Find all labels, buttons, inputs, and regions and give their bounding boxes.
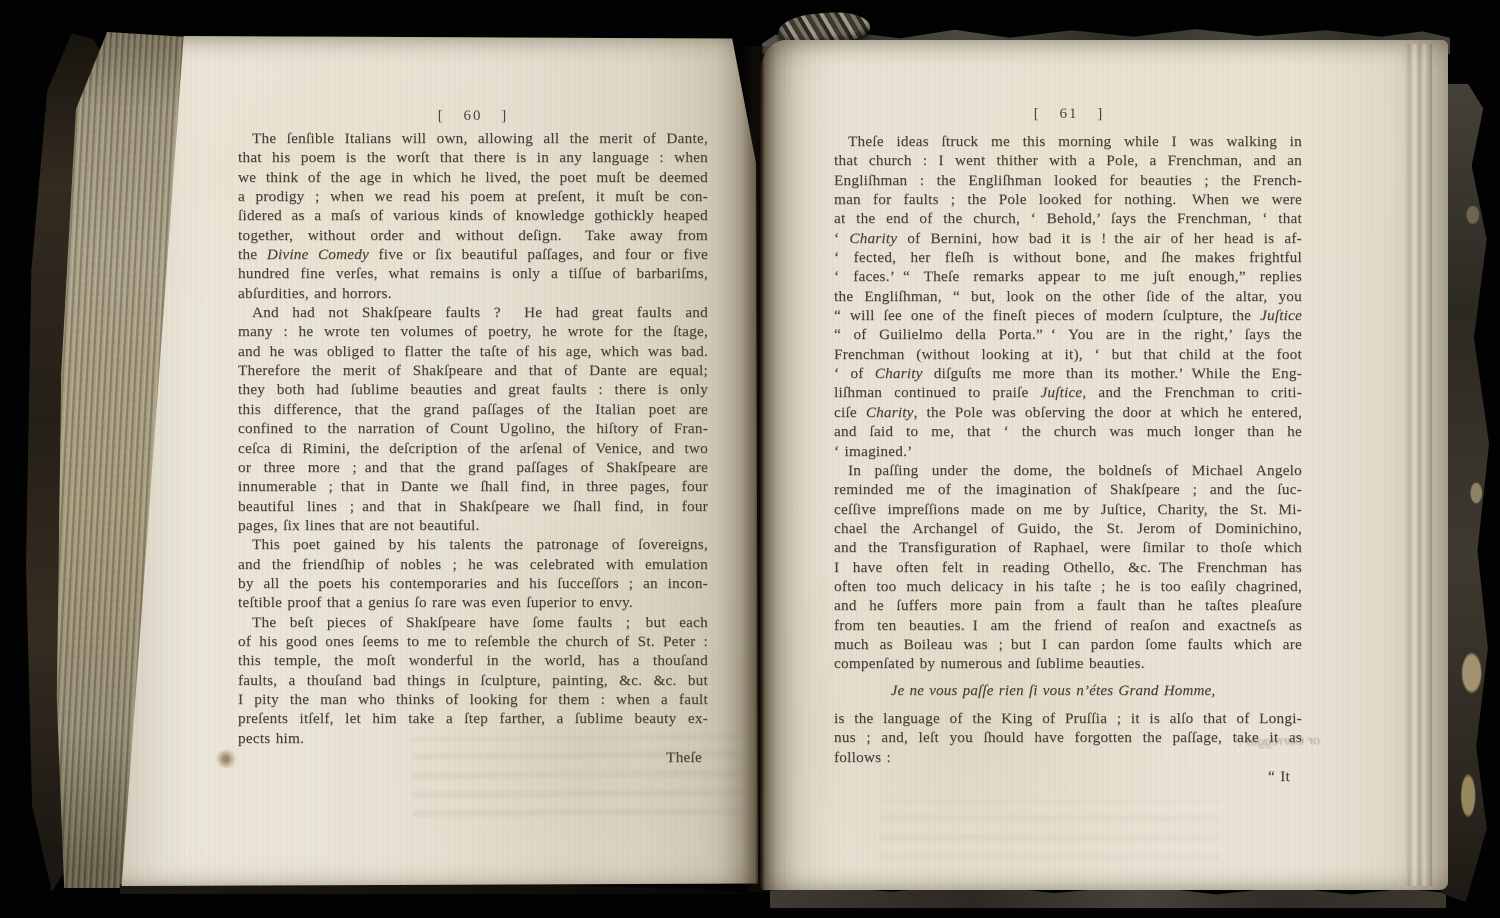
text-line: In paſſing under the dome, the boldneſs … (834, 461, 1302, 480)
text-line: we think of the age in which he lived, t… (238, 168, 708, 187)
text-line: from ten beauties. I am the friend of re… (834, 616, 1302, 635)
text-line: The ſenſible Italians will own, allowing… (238, 129, 708, 148)
text-line: teſtible proof that a genius ſo rare was… (238, 593, 708, 612)
text-line: is the language of the King of Pruſſia ;… (834, 709, 1302, 728)
text-line: Therefore the merit of Shakſpeare and th… (238, 361, 708, 380)
text-line: many : he wrote ten volumes of poetry, h… (238, 322, 708, 341)
text-line: this difference, that the grand paſſages… (238, 400, 708, 419)
text-line: confined to the narration of Count Ugoli… (238, 419, 708, 438)
text-line: And had not Shakſpeare faults ? He had g… (238, 303, 708, 322)
page-61: [ 61 ] Theſe ideas ſtruck me this mornin… (760, 40, 1448, 890)
page-number-61: [ 61 ] (834, 106, 1304, 123)
text-line: that church : I went thither with a Pole… (834, 151, 1302, 170)
text-line: and he ſuffers more pain from a fault th… (834, 596, 1302, 615)
text-line: that his poem is the worſt that there is… (238, 148, 708, 167)
text-line: by all the poets his contemporaries and … (238, 574, 708, 593)
text-line: ſidered as a maſs of various kinds of kn… (238, 206, 708, 225)
text-line: often too much delicacy in his taſte ; h… (834, 577, 1302, 596)
text-line: “ will ſee one of the fineſt pieces of m… (834, 306, 1302, 325)
text-line: Theſe ideas ſtruck me this morning while… (834, 132, 1302, 151)
text-lines: Theſe ideas ſtruck me this morning while… (834, 132, 1302, 786)
text-line: pages, ſix lines that are not beautiful. (238, 516, 708, 535)
text-line: “ of Guilielmo della Porta.” ‘ You are i… (834, 325, 1302, 344)
text-line: I pity the man who thinks of looking for… (238, 690, 708, 709)
text-line: beautiful lines ; and that in Shakſpeare… (238, 497, 708, 516)
text-line: a prodigy ; when we read his poem at pre… (238, 187, 708, 206)
show-through-stripes (880, 800, 1220, 860)
catchword: Theſe (238, 748, 708, 767)
text-line: man for faults ; the Pole looked for not… (834, 190, 1302, 209)
text-line: and the Transfiguration of Raphael, were… (834, 538, 1302, 557)
text-line: together, without order and without deſi… (238, 226, 708, 245)
text-line: and the friendſhip of nobles ; he was ce… (238, 555, 708, 574)
gutter-shadow (742, 46, 778, 892)
text-line: ‘ imagined.’ (834, 442, 1302, 461)
text-line: ‘ Charity of Bernini, how bad it is ! th… (834, 229, 1302, 248)
text-line: the Divine Comedy five or ſix beautiful … (238, 245, 708, 264)
page-60: [ 60 ] The ſenſible Italians will own, a… (112, 36, 758, 886)
foxing-stain (216, 750, 238, 768)
text-line: much as Boileau was ; but I can pardon ſ… (834, 635, 1302, 654)
text-line: innumerable ; that in Dante we ſhall fin… (238, 477, 708, 496)
text-line: Engliſhman : the Engliſhman looked for b… (834, 171, 1302, 190)
photograph-of-open-book: [ 60 ] The ſenſible Italians will own, a… (0, 0, 1500, 918)
text-line: and he was obliged to flatter the taſte … (238, 342, 708, 361)
text-line: and ſaid to me, that ‘ the church was mu… (834, 422, 1302, 441)
text-line: Frenchman (without looking at it), ‘ but… (834, 345, 1302, 364)
text-line: ‘ of Charity diſguſts me more than its m… (834, 364, 1302, 383)
text-line: or three more ; and that the grand paſſa… (238, 458, 708, 477)
text-line: ceſca di Rimini, the deſcription of the … (238, 439, 708, 458)
text-line: this temple, the moſt wonderful in the w… (238, 651, 708, 670)
text-line: abſurdities, and horrors. (238, 284, 708, 303)
text-line: reminded me of the imagination of Shakſp… (834, 480, 1302, 499)
text-line: the Engliſhman, “ but, look on the other… (834, 287, 1302, 306)
text-line: The beſt pieces of Shakſpeare have ſome … (238, 613, 708, 632)
text-line: ciſe Charity, the Pole was obſerving the… (834, 403, 1302, 422)
text-line: This poet gained by his talents the patr… (238, 535, 708, 554)
catchword: “ It (834, 767, 1302, 786)
text-line: liſhman continued to praiſe Juſtice, and… (834, 383, 1302, 402)
text-line: faults, a thouſand bad things in ſculptu… (238, 671, 708, 690)
text-lines: The ſenſible Italians will own, allowing… (238, 129, 708, 767)
text-line: of his good ones ſeems to me to reſemble… (238, 632, 708, 651)
text-line: hundred fine verſes, what remains is onl… (238, 264, 708, 283)
text-line: ‘ faces.’ “ Theſe remarks appear to me j… (834, 267, 1302, 286)
motto-line: Je ne vous paſſe rien ſi vous n’étes Gra… (840, 682, 1266, 701)
text-line: pects him. (238, 729, 708, 748)
page-number-60: [ 60 ] (238, 108, 708, 125)
text-line: at the end of the church, ‘ Behold,’ ſay… (834, 209, 1302, 228)
text-line: preſents itſelf, let him take a ſtep far… (238, 709, 708, 728)
text-line: ‘ fected, her fleſh is without bone, and… (834, 248, 1302, 267)
text-line: ceſſive impreſſions made on me by Juſtic… (834, 500, 1302, 519)
text-line: compenſated by numerous and ſublime beau… (834, 654, 1302, 673)
text-line: chael the Archangel of Guido, the St. Je… (834, 519, 1302, 538)
show-through-text: or Correggio ? (1188, 732, 1368, 751)
text-line: I have often felt in reading Othello, &c… (834, 558, 1302, 577)
text-line: they both had ſublime beauties and great… (238, 380, 708, 399)
